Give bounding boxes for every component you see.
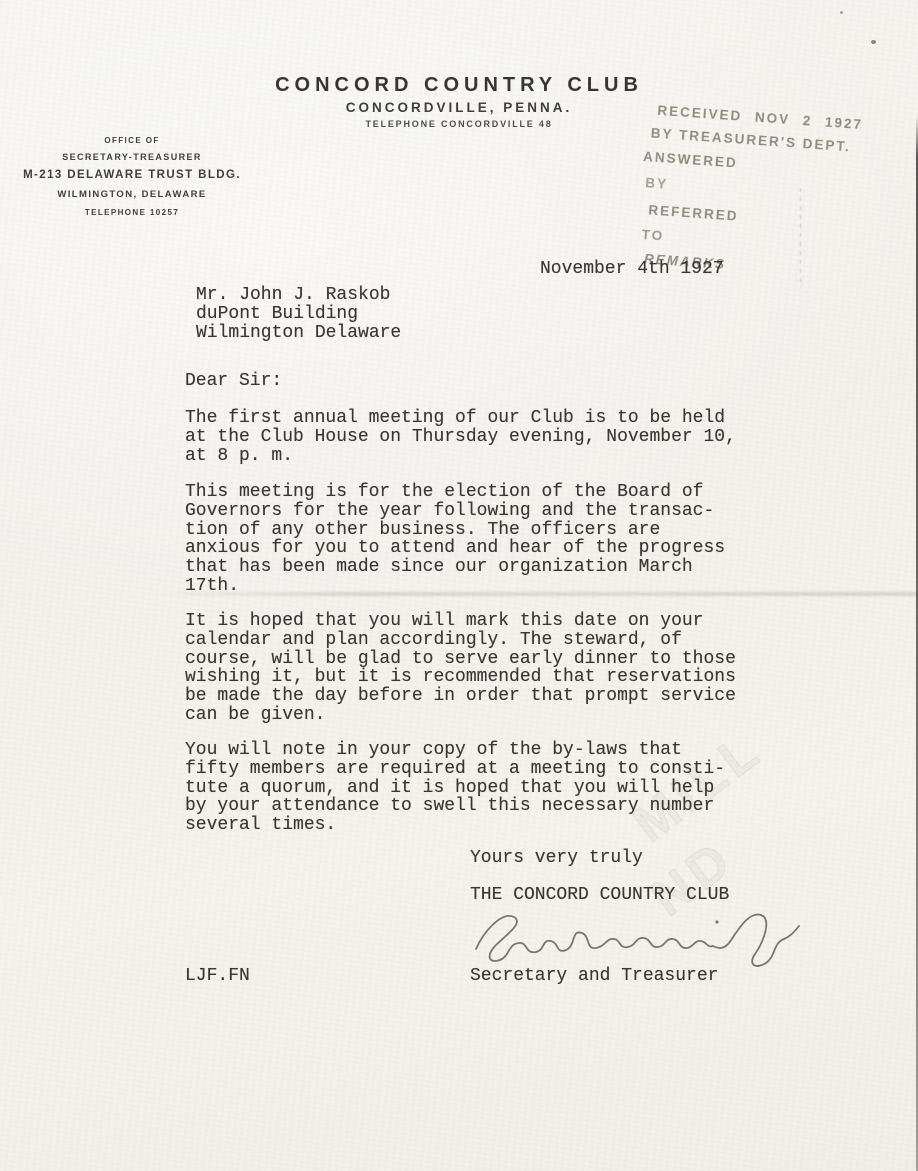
letterhead-club-name: CONCORD COUNTRY CLUB (0, 74, 918, 97)
valediction: Yours very truly (470, 849, 643, 868)
body-paragraph-1: The first annual meeting of our Club is … (185, 409, 736, 465)
date-line: November 4th 1927 (540, 260, 724, 279)
stamp-line: ANSWERED (643, 149, 739, 171)
stamp-line: BY (645, 175, 669, 192)
stamp-line: REFERRED (648, 202, 739, 223)
paper-speck (871, 40, 876, 44)
office-line: TELEPHONE 10257 (8, 208, 256, 217)
vertical-crease (800, 188, 801, 288)
body-paragraph-4: You will note in your copy of the by-law… (185, 741, 725, 835)
office-line: OFFICE OF (8, 136, 256, 145)
office-line: WILMINGTON, DELAWARE (8, 189, 256, 200)
horizontal-fold-crease (150, 592, 918, 596)
paper-speck (840, 11, 843, 14)
letter-page: MILL ND CONCORD COUNTRY CLUB CONCORDVILL… (0, 0, 918, 1171)
office-line: SECRETARY-TREASURER (8, 152, 256, 162)
office-line: M-213 DELAWARE TRUST BLDG. (8, 169, 256, 181)
recipient-address-block: Mr. John J. Raskob duPont Building Wilmi… (196, 286, 401, 342)
signer-title: Secretary and Treasurer (470, 967, 718, 986)
organization-signature-line: THE CONCORD COUNTRY CLUB (470, 886, 729, 905)
reference-initials: LJF.FN (185, 967, 250, 986)
stamp-line: BY TREASURER'S DEPT. (650, 125, 851, 154)
body-paragraph-2: This meeting is for the election of the … (185, 483, 725, 596)
body-paragraph-3: It is hoped that you will mark this date… (185, 612, 736, 725)
salutation: Dear Sir: (185, 372, 282, 391)
office-address-block: OFFICE OF SECRETARY-TREASURER M-213 DELA… (8, 136, 256, 217)
stamp-line: TO (641, 227, 665, 244)
handwritten-signature (458, 903, 818, 969)
